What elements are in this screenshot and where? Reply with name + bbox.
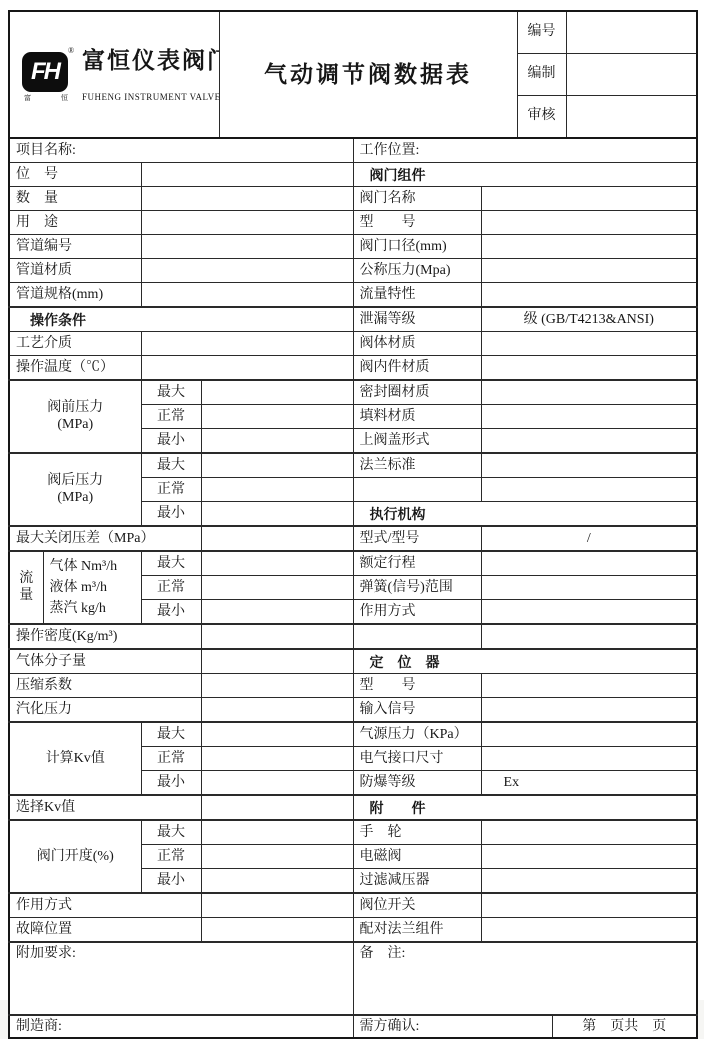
pipe-no-label: 管道编号 — [9, 235, 141, 259]
flange-standard-value-cell — [481, 453, 697, 478]
tag-value-cell — [141, 163, 353, 187]
row-selected-kv: 选择Kv值 附 件 — [9, 795, 697, 820]
pipe-material-value-cell — [141, 259, 353, 283]
logo-caption-left: 富 — [24, 94, 31, 102]
air-supply-value-cell — [481, 722, 697, 747]
actuator-action-mode-label: 作用方式 — [353, 600, 481, 625]
buyer-confirm-label: 需方确认: — [353, 1015, 552, 1038]
work-position-label: 工作位置: — [353, 138, 697, 163]
max-shutoff-dp-value-cell — [201, 526, 353, 551]
positioner-model-value-cell — [481, 674, 697, 698]
leakage-class-value: 级 (GB/T4213&ANSI) — [481, 307, 697, 332]
brand-name-cn: 富恒仪表阀门 — [82, 47, 219, 74]
process-medium-label: 工艺介质 — [9, 332, 141, 356]
rated-travel-label: 额定行程 — [353, 551, 481, 576]
input-signal-value-cell — [481, 698, 697, 723]
max-shutoff-dp-label: 最大关闭压差（MPa） — [9, 526, 201, 551]
datasheet-page: FH ® 富 恒 富恒仪表阀门 FUHENG INSTRUMENT VALVE … — [0, 0, 704, 1000]
mating-flange-value-cell — [481, 918, 697, 943]
pipe-material-label: 管道材质 — [9, 259, 141, 283]
calc-kv-min-value-cell — [201, 771, 353, 796]
blank-label-cell — [353, 624, 481, 649]
opening-min-label: 最小 — [141, 869, 201, 894]
project-name-label: 项目名称: — [9, 138, 353, 163]
row-operating-density: 操作密度(Kg/m³) — [9, 624, 697, 649]
handwheel-value-cell — [481, 820, 697, 845]
selected-kv-label: 选择Kv值 — [9, 795, 201, 820]
checked-by-label: 审核 — [517, 96, 566, 139]
mating-flange-label: 配对法兰组件 — [353, 918, 481, 943]
input-signal-label: 输入信号 — [353, 698, 481, 723]
row-action-mode: 作用方式 阀位开关 — [9, 893, 697, 918]
upstream-normal-value-cell — [201, 405, 353, 429]
section-actuator: 执行机构 — [353, 502, 697, 527]
flow-units-label: 气体 Nm³/h 液体 m³/h 蒸汽 kg/h — [43, 551, 141, 624]
downstream-normal-label: 正常 — [141, 478, 201, 502]
spare-label-cell — [353, 478, 481, 502]
downstream-pressure-label: 阀后压力 (MPa) — [9, 453, 141, 526]
row-process-medium: 工艺介质 阀体材质 — [9, 332, 697, 356]
flange-standard-label: 法兰标准 — [353, 453, 481, 478]
prepared-by-value-cell — [566, 54, 697, 96]
opening-max-value-cell — [201, 820, 353, 845]
model-value-cell — [481, 211, 697, 235]
gas-mw-value-cell — [201, 649, 353, 674]
row-max-shutoff: 最大关闭压差（MPa） 型式/型号 / — [9, 526, 697, 551]
model-label: 型 号 — [353, 211, 481, 235]
row-opening-max: 阀门开度(%) 最大 手 轮 — [9, 820, 697, 845]
solenoid-value-cell — [481, 845, 697, 869]
row-vapor-pressure: 汽化压力 输入信号 — [9, 698, 697, 723]
opening-normal-label: 正常 — [141, 845, 201, 869]
row-operating-conditions: 操作条件 泄漏等级 级 (GB/T4213&ANSI) — [9, 307, 697, 332]
vapor-pressure-value-cell — [201, 698, 353, 723]
type-model-label: 型式/型号 — [353, 526, 481, 551]
selected-kv-value-cell — [201, 795, 353, 820]
operating-temp-label: 操作温度（℃） — [9, 356, 141, 381]
packing-material-label: 填料材质 — [353, 405, 481, 429]
vapor-pressure-label: 汽化压力 — [9, 698, 201, 723]
pipe-spec-value-cell — [141, 283, 353, 308]
calc-kv-normal-label: 正常 — [141, 747, 201, 771]
downstream-max-label: 最大 — [141, 453, 201, 478]
upstream-min-value-cell — [201, 429, 353, 454]
solenoid-label: 电磁阀 — [353, 845, 481, 869]
row-footer: 制造商: 需方确认: 第 页共 页 — [9, 1015, 697, 1038]
failure-position-value-cell — [201, 918, 353, 943]
downstream-max-value-cell — [201, 453, 353, 478]
section-accessories: 附 件 — [353, 795, 697, 820]
upstream-max-label: 最大 — [141, 380, 201, 405]
flow-min-value-cell — [201, 600, 353, 625]
flow-characteristic-label: 流量特性 — [353, 283, 481, 308]
valve-name-value-cell — [481, 187, 697, 211]
purpose-label: 用 途 — [9, 211, 141, 235]
flow-normal-label: 正常 — [141, 576, 201, 600]
row-pipe-no: 管道编号 阀门口径(mm) — [9, 235, 697, 259]
row-flow-max: 流 量 气体 Nm³/h 液体 m³/h 蒸汽 kg/h 最大 额定行程 — [9, 551, 697, 576]
brand-name-en: FUHENG INSTRUMENT VALVE — [82, 92, 219, 103]
calc-kv-min-label: 最小 — [141, 771, 201, 796]
operating-temp-value-cell — [141, 356, 353, 381]
checked-by-value-cell — [566, 96, 697, 139]
row-failure-position: 故障位置 配对法兰组件 — [9, 918, 697, 943]
compression-value-cell — [201, 674, 353, 698]
row-tag: 位 号 阀门组件 — [9, 163, 697, 187]
row-operating-temp: 操作温度（℃） 阀内件材质 — [9, 356, 697, 381]
elec-conn-label: 电气接口尺寸 — [353, 747, 481, 771]
spare-value-cell — [481, 478, 697, 502]
doc-no-label: 编号 — [517, 11, 566, 54]
valve-opening-label: 阀门开度(%) — [9, 820, 141, 893]
flow-label: 流 量 — [9, 551, 43, 624]
row-pipe-spec: 管道规格(mm) 流量特性 — [9, 283, 697, 308]
explosion-label: 防爆等级 — [353, 771, 481, 796]
datasheet-table: 项目名称: 工作位置: 位 号 阀门组件 数 量 阀门名称 用 途 型 号 管道… — [8, 137, 698, 1039]
form-title: 气动调节阀数据表 — [219, 11, 517, 138]
explosion-value: Ex — [481, 771, 697, 796]
calc-kv-normal-value-cell — [201, 747, 353, 771]
handwheel-label: 手 轮 — [353, 820, 481, 845]
valve-size-value-cell — [481, 235, 697, 259]
bonnet-type-value-cell — [481, 429, 697, 454]
row-downstream-max: 阀后压力 (MPa) 最大 法兰标准 — [9, 453, 697, 478]
additional-req-label: 附加要求: — [9, 942, 353, 1015]
spring-range-label: 弹簧(信号)范围 — [353, 576, 481, 600]
trim-material-value-cell — [481, 356, 697, 381]
row-project: 项目名称: 工作位置: — [9, 138, 697, 163]
opening-normal-value-cell — [201, 845, 353, 869]
form-area: FH ® 富 恒 富恒仪表阀门 FUHENG INSTRUMENT VALVE … — [8, 10, 696, 1039]
filter-regulator-value-cell — [481, 869, 697, 894]
valve-name-label: 阀门名称 — [353, 187, 481, 211]
company-logo: FH ® 富 恒 富恒仪表阀门 FUHENG INSTRUMENT VALVE — [9, 11, 219, 138]
pipe-no-value-cell — [141, 235, 353, 259]
operating-density-label: 操作密度(Kg/m³) — [9, 624, 201, 649]
row-gas-mw: 气体分子量 定 位 器 — [9, 649, 697, 674]
quantity-value-cell — [141, 187, 353, 211]
quantity-label: 数 量 — [9, 187, 141, 211]
position-switch-value-cell — [481, 893, 697, 918]
row-pipe-material: 管道材质 公称压力(Mpa) — [9, 259, 697, 283]
flow-normal-value-cell — [201, 576, 353, 600]
blank-value-cell — [481, 624, 697, 649]
action-mode-label: 作用方式 — [9, 893, 201, 918]
section-operating-conditions: 操作条件 — [9, 307, 353, 332]
tag-label: 位 号 — [9, 163, 141, 187]
seal-material-value-cell — [481, 380, 697, 405]
filter-regulator-label: 过滤减压器 — [353, 869, 481, 894]
compression-label: 压缩系数 — [9, 674, 201, 698]
flow-characteristic-value-cell — [481, 283, 697, 308]
seal-material-label: 密封圈材质 — [353, 380, 481, 405]
opening-max-label: 最大 — [141, 820, 201, 845]
flow-max-value-cell — [201, 551, 353, 576]
pipe-spec-label: 管道规格(mm) — [9, 283, 141, 308]
flow-max-label: 最大 — [141, 551, 201, 576]
downstream-min-label: 最小 — [141, 502, 201, 527]
page-info: 第 页共 页 — [552, 1015, 697, 1038]
opening-min-value-cell — [201, 869, 353, 894]
calc-kv-max-label: 最大 — [141, 722, 201, 747]
failure-position-label: 故障位置 — [9, 918, 201, 943]
upstream-normal-label: 正常 — [141, 405, 201, 429]
gas-mw-label: 气体分子量 — [9, 649, 201, 674]
positioner-model-label: 型 号 — [353, 674, 481, 698]
upstream-pressure-label: 阀前压力 (MPa) — [9, 380, 141, 453]
row-upstream-max: 阀前压力 (MPa) 最大 密封圈材质 — [9, 380, 697, 405]
process-medium-value-cell — [141, 332, 353, 356]
downstream-min-value-cell — [201, 502, 353, 527]
manufacturer-label: 制造商: — [9, 1015, 353, 1038]
upstream-max-value-cell — [201, 380, 353, 405]
leakage-class-label: 泄漏等级 — [353, 307, 481, 332]
trim-material-label: 阀内件材质 — [353, 356, 481, 381]
prepared-by-label: 编制 — [517, 54, 566, 96]
calc-kv-label: 计算Kv值 — [9, 722, 141, 795]
logo-caption: 富 恒 — [20, 94, 72, 102]
calc-kv-max-value-cell — [201, 722, 353, 747]
spring-range-value-cell — [481, 576, 697, 600]
fh-monogram-icon: FH — [22, 52, 68, 92]
packing-material-value-cell — [481, 405, 697, 429]
row-purpose: 用 途 型 号 — [9, 211, 697, 235]
elec-conn-value-cell — [481, 747, 697, 771]
nominal-pressure-value-cell — [481, 259, 697, 283]
section-positioner: 定 位 器 — [353, 649, 697, 674]
actuator-action-mode-value-cell — [481, 600, 697, 625]
air-supply-label: 气源压力（KPa） — [353, 722, 481, 747]
logo-art: FH ® 富 恒 — [20, 44, 76, 106]
doc-no-value-cell — [566, 11, 697, 54]
purpose-value-cell — [141, 211, 353, 235]
row-additional-req: 附加要求: 备 注: — [9, 942, 697, 1015]
registered-mark: ® — [68, 46, 74, 55]
position-switch-label: 阀位开关 — [353, 893, 481, 918]
body-material-label: 阀体材质 — [353, 332, 481, 356]
nominal-pressure-label: 公称压力(Mpa) — [353, 259, 481, 283]
downstream-normal-value-cell — [201, 478, 353, 502]
bonnet-type-label: 上阀盖形式 — [353, 429, 481, 454]
type-model-value: / — [481, 526, 697, 551]
rated-travel-value-cell — [481, 551, 697, 576]
row-quantity: 数 量 阀门名称 — [9, 187, 697, 211]
operating-density-value-cell — [201, 624, 353, 649]
logo-caption-right: 恒 — [61, 94, 68, 102]
flow-min-label: 最小 — [141, 600, 201, 625]
valve-size-label: 阀门口径(mm) — [353, 235, 481, 259]
row-calc-kv-max: 计算Kv值 最大 气源压力（KPa） — [9, 722, 697, 747]
header-block: FH ® 富 恒 富恒仪表阀门 FUHENG INSTRUMENT VALVE … — [8, 10, 698, 139]
body-material-value-cell — [481, 332, 697, 356]
row-compression: 压缩系数 型 号 — [9, 674, 697, 698]
upstream-min-label: 最小 — [141, 429, 201, 454]
remarks-label: 备 注: — [353, 942, 697, 1015]
action-mode-value-cell — [201, 893, 353, 918]
section-valve-assembly: 阀门组件 — [353, 163, 697, 187]
